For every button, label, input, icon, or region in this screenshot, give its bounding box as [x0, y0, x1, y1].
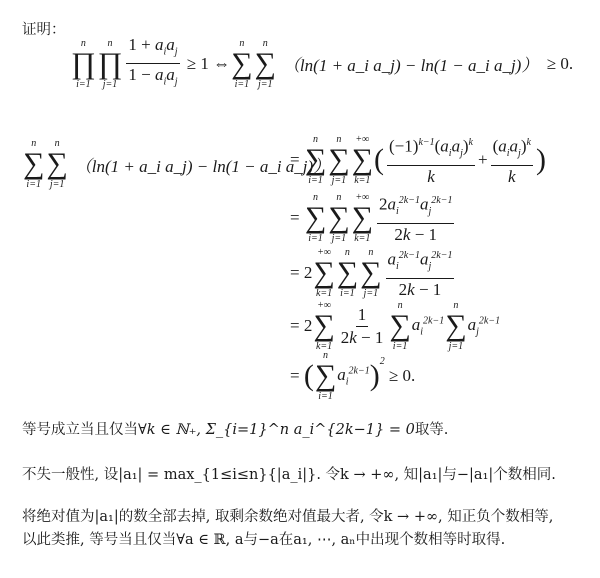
log-difference: （ln(1 + a_i a_j) − ln(1 − a_i a_j)）: [283, 51, 538, 76]
induction-paragraph-line2: 以此类推, 等号当且仅当∀a ∈ ℝ, a与−a在a₁, ⋯, aₙ中出现个数相…: [22, 528, 505, 549]
sum-operator: n∑j=1: [255, 38, 276, 90]
proof-label: 证明：: [22, 18, 66, 39]
derivation-step-2: = n∑i=1 n∑j=1 +∞∑k=1 2ai2k−1aj2k−12k − 1: [290, 192, 457, 244]
wlog-paragraph: 不失一般性, 设|a₁| = max_{1≤i≤n}{|a_i|}. 令k → …: [22, 463, 556, 484]
sum-operator: n∑i=1: [231, 38, 252, 90]
fraction: 1 + aiaj 1 − aiaj: [126, 36, 179, 92]
derivation-step-5: = ( n∑i=1 ai2k−1 )2 ≥ 0.: [290, 350, 415, 402]
derivation-step-4: = 2 +∞∑k=1 12k − 1 n∑i=1 ai2k−1 n∑j=1 aj…: [290, 300, 500, 352]
equality-condition: 等号成立当且仅当∀k ∈ ℕ₊, Σ_{i=1}^n a_i^{2k−1} = …: [22, 418, 448, 439]
equation-equivalence: n∏i=1 n∏j=1 1 + aiaj 1 − aiaj ≥ 1 ⇔ n∑i=…: [70, 36, 573, 92]
equivalence-symbol: ⇔: [213, 54, 230, 74]
derivation-step-3: = 2 +∞∑k=1 n∑i=1 n∑j=1 ai2k−1aj2k−12k − …: [290, 247, 457, 299]
induction-paragraph-line1: 将绝对值为|a₁|的数全部去掉, 取剩余数绝对值最大者, 令k → +∞, 知正…: [22, 505, 553, 526]
product-operator: n∏j=1: [98, 38, 123, 90]
derivation-lhs: n∑i=1 n∑j=1 （ln(1 + a_i a_j) − ln(1 − a_…: [22, 138, 330, 190]
derivation-step-1: = n∑i=1 n∑j=1 +∞∑k=1 ( (−1)k−1(aiaj)kk +…: [290, 134, 546, 186]
sum-operator: n∑i=1: [23, 138, 44, 190]
inequality-tail: ≥ 0.: [547, 54, 573, 74]
sum-operator: n∑j=1: [46, 138, 67, 190]
product-operator: n∏i=1: [71, 38, 96, 90]
